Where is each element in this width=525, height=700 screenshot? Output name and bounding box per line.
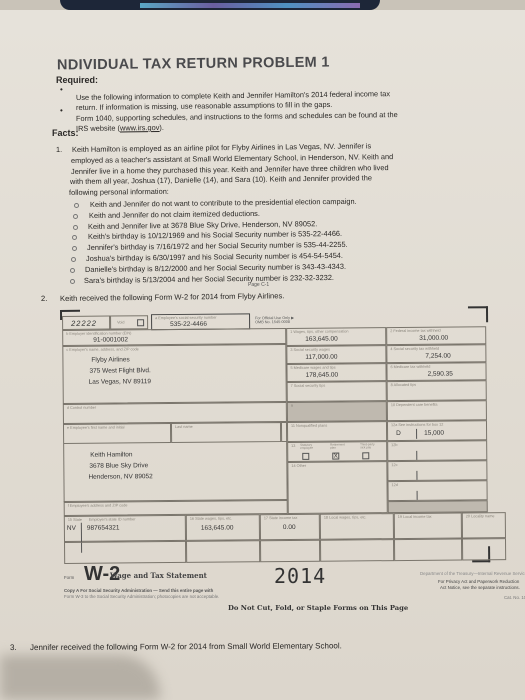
box-d: d Control number — [63, 402, 287, 424]
page-label: Page C-1 — [248, 282, 269, 288]
employee-ssn: 535-22-4466 — [170, 321, 207, 328]
personal-info-item: Keith and Jennifer do not claim itemized… — [89, 209, 260, 220]
box-17: 17 State income tax 0.00 — [260, 514, 320, 541]
state: NV — [67, 525, 76, 532]
page-title: NDIVIDUAL TAX RETURN PROBLEM 1 — [57, 55, 330, 74]
circle-bullet-icon — [71, 257, 76, 262]
box-7: 7 Social security tips — [287, 381, 387, 402]
irs-link[interactable]: www.irs.gov — [120, 123, 160, 132]
box-16: 16 State wages, tips, etc. 163,645.00 — [186, 514, 260, 541]
medicare-tax: 2,590.35 — [428, 371, 453, 378]
box-10: 10 Dependent care benefits — [387, 400, 487, 421]
employee-address-box: Keith Hamilton 3678 Blue Sky Drive Hende… — [63, 442, 287, 502]
w2-form: 22222 Void a Employee's social security … — [58, 308, 490, 565]
fact-number: 2. — [41, 294, 47, 303]
box-20: 20 Locality name — [462, 512, 506, 538]
void-box: Void — [110, 315, 148, 329]
form-year: 2014 — [274, 564, 326, 588]
retirement-plan-checkbox[interactable]: X — [332, 453, 339, 460]
facts-heading: Facts: — [52, 128, 79, 138]
state-wages: 163,645.00 — [201, 524, 234, 531]
bullet: • — [60, 106, 63, 115]
fact1-line: following personal information: — [69, 187, 169, 197]
circle-bullet-icon — [73, 225, 78, 230]
box-20-row2 — [462, 538, 506, 560]
fact-number: 1. — [56, 145, 62, 154]
box-2: 2 Federal income tax withheld 31,000.00 — [386, 326, 486, 345]
box-13: 13 Statutory employee Retirement plan Th… — [287, 441, 387, 462]
employee-street: 3678 Blue Sky Drive — [89, 462, 148, 470]
background-object — [60, 0, 380, 10]
form-code-box: 22222 — [62, 316, 110, 330]
box-1: 1 Wages, tips, other compensation 163,64… — [286, 327, 386, 346]
form-statement: Wage and Tax Statement — [110, 571, 207, 580]
social-security-tax: 7,254.00 — [425, 353, 450, 360]
box-5: 5 Medicare wages and tips 178,645.00 — [286, 363, 386, 382]
third-party-sick-pay-checkbox[interactable] — [362, 452, 369, 459]
box-4: 4 Social security tax withheld 7,254.00 — [386, 344, 486, 363]
employer-name: Flyby Airlines — [91, 356, 129, 363]
box-14: 14 Other — [287, 461, 387, 514]
box-19: 19 Local income tax — [394, 512, 462, 539]
required-line-4: IRS website (www.irs.gov). — [76, 123, 164, 133]
circle-bullet-icon — [72, 246, 77, 251]
employee-name: Keith Hamilton — [90, 451, 132, 458]
box-12d: 12d — [387, 480, 487, 501]
employer-street: 375 West Flight Blvd. — [89, 367, 150, 375]
federal-tax-withheld: 31,000.00 — [419, 335, 448, 342]
shaded-area — [388, 500, 488, 513]
state-id: 987654321 — [87, 524, 120, 531]
box-12a-amount: 15,000 — [424, 430, 444, 437]
box-18: 18 Local wages, tips, etc. — [320, 513, 394, 540]
fact-number: 3. — [10, 643, 17, 652]
background-stripe — [140, 3, 360, 8]
medicare-wages: 178,645.00 — [306, 372, 339, 379]
box-12a-code: D — [396, 430, 401, 437]
employer-ein: 91-0001002 — [93, 336, 128, 343]
box-15-row2 — [64, 541, 186, 564]
box-17-row2 — [260, 540, 320, 563]
box-12a: 12a See instructions for box 12 D 15,000 — [387, 420, 487, 441]
box-last-name: Last name — [171, 422, 281, 443]
box-3: 3 Social security wages 117,000.00 — [286, 345, 386, 364]
box-12c: 12c — [387, 460, 487, 481]
void-checkbox[interactable] — [137, 319, 144, 326]
box-16-row2 — [186, 540, 260, 563]
box-6: 6 Medicare tax withheld 2,590.35 — [386, 362, 486, 381]
box-18-row2 — [320, 539, 394, 562]
box-8: 8 Allocated tips — [387, 380, 487, 401]
official-use: For Official Use Only ▶ OMB No. 1545-000… — [252, 314, 305, 328]
wages: 163,645.00 — [305, 336, 338, 343]
social-security-wages: 117,000.00 — [305, 354, 337, 361]
corner-mark — [468, 306, 488, 322]
circle-bullet-icon — [70, 279, 75, 284]
box-b: b Employer identification number (EIN) 9… — [62, 328, 286, 346]
bullet: • — [60, 85, 63, 94]
shadow — [0, 655, 160, 700]
box-11: 11 Nonqualified plans — [287, 421, 387, 442]
box-19-row2 — [394, 538, 462, 561]
statutory-employee-checkbox[interactable] — [302, 453, 309, 460]
state-income-tax: 0.00 — [283, 524, 296, 531]
box-15: 15 State Employer's state ID number NV 9… — [64, 515, 186, 542]
employer-city: Las Vegas, NV 89119 — [89, 378, 151, 386]
circle-bullet-icon — [74, 203, 79, 208]
box-c: c Employer's name, address, and ZIP code… — [62, 344, 286, 404]
employee-city: Henderson, NV 89052 — [88, 473, 152, 481]
w2-footer: Form W-2 Wage and Tax Statement 2014 Cop… — [60, 563, 520, 623]
box-9: 9 — [287, 401, 387, 422]
do-not-cut-notice: Do Not Cut, Fold, or Staple Forms on Thi… — [228, 604, 408, 612]
required-heading: Required: — [56, 75, 98, 85]
box-12b: 12b — [387, 440, 487, 461]
box-e: e Employee's first name and initial — [63, 423, 171, 444]
fact3-text: Jennifer received the following Form W-2… — [30, 641, 342, 652]
